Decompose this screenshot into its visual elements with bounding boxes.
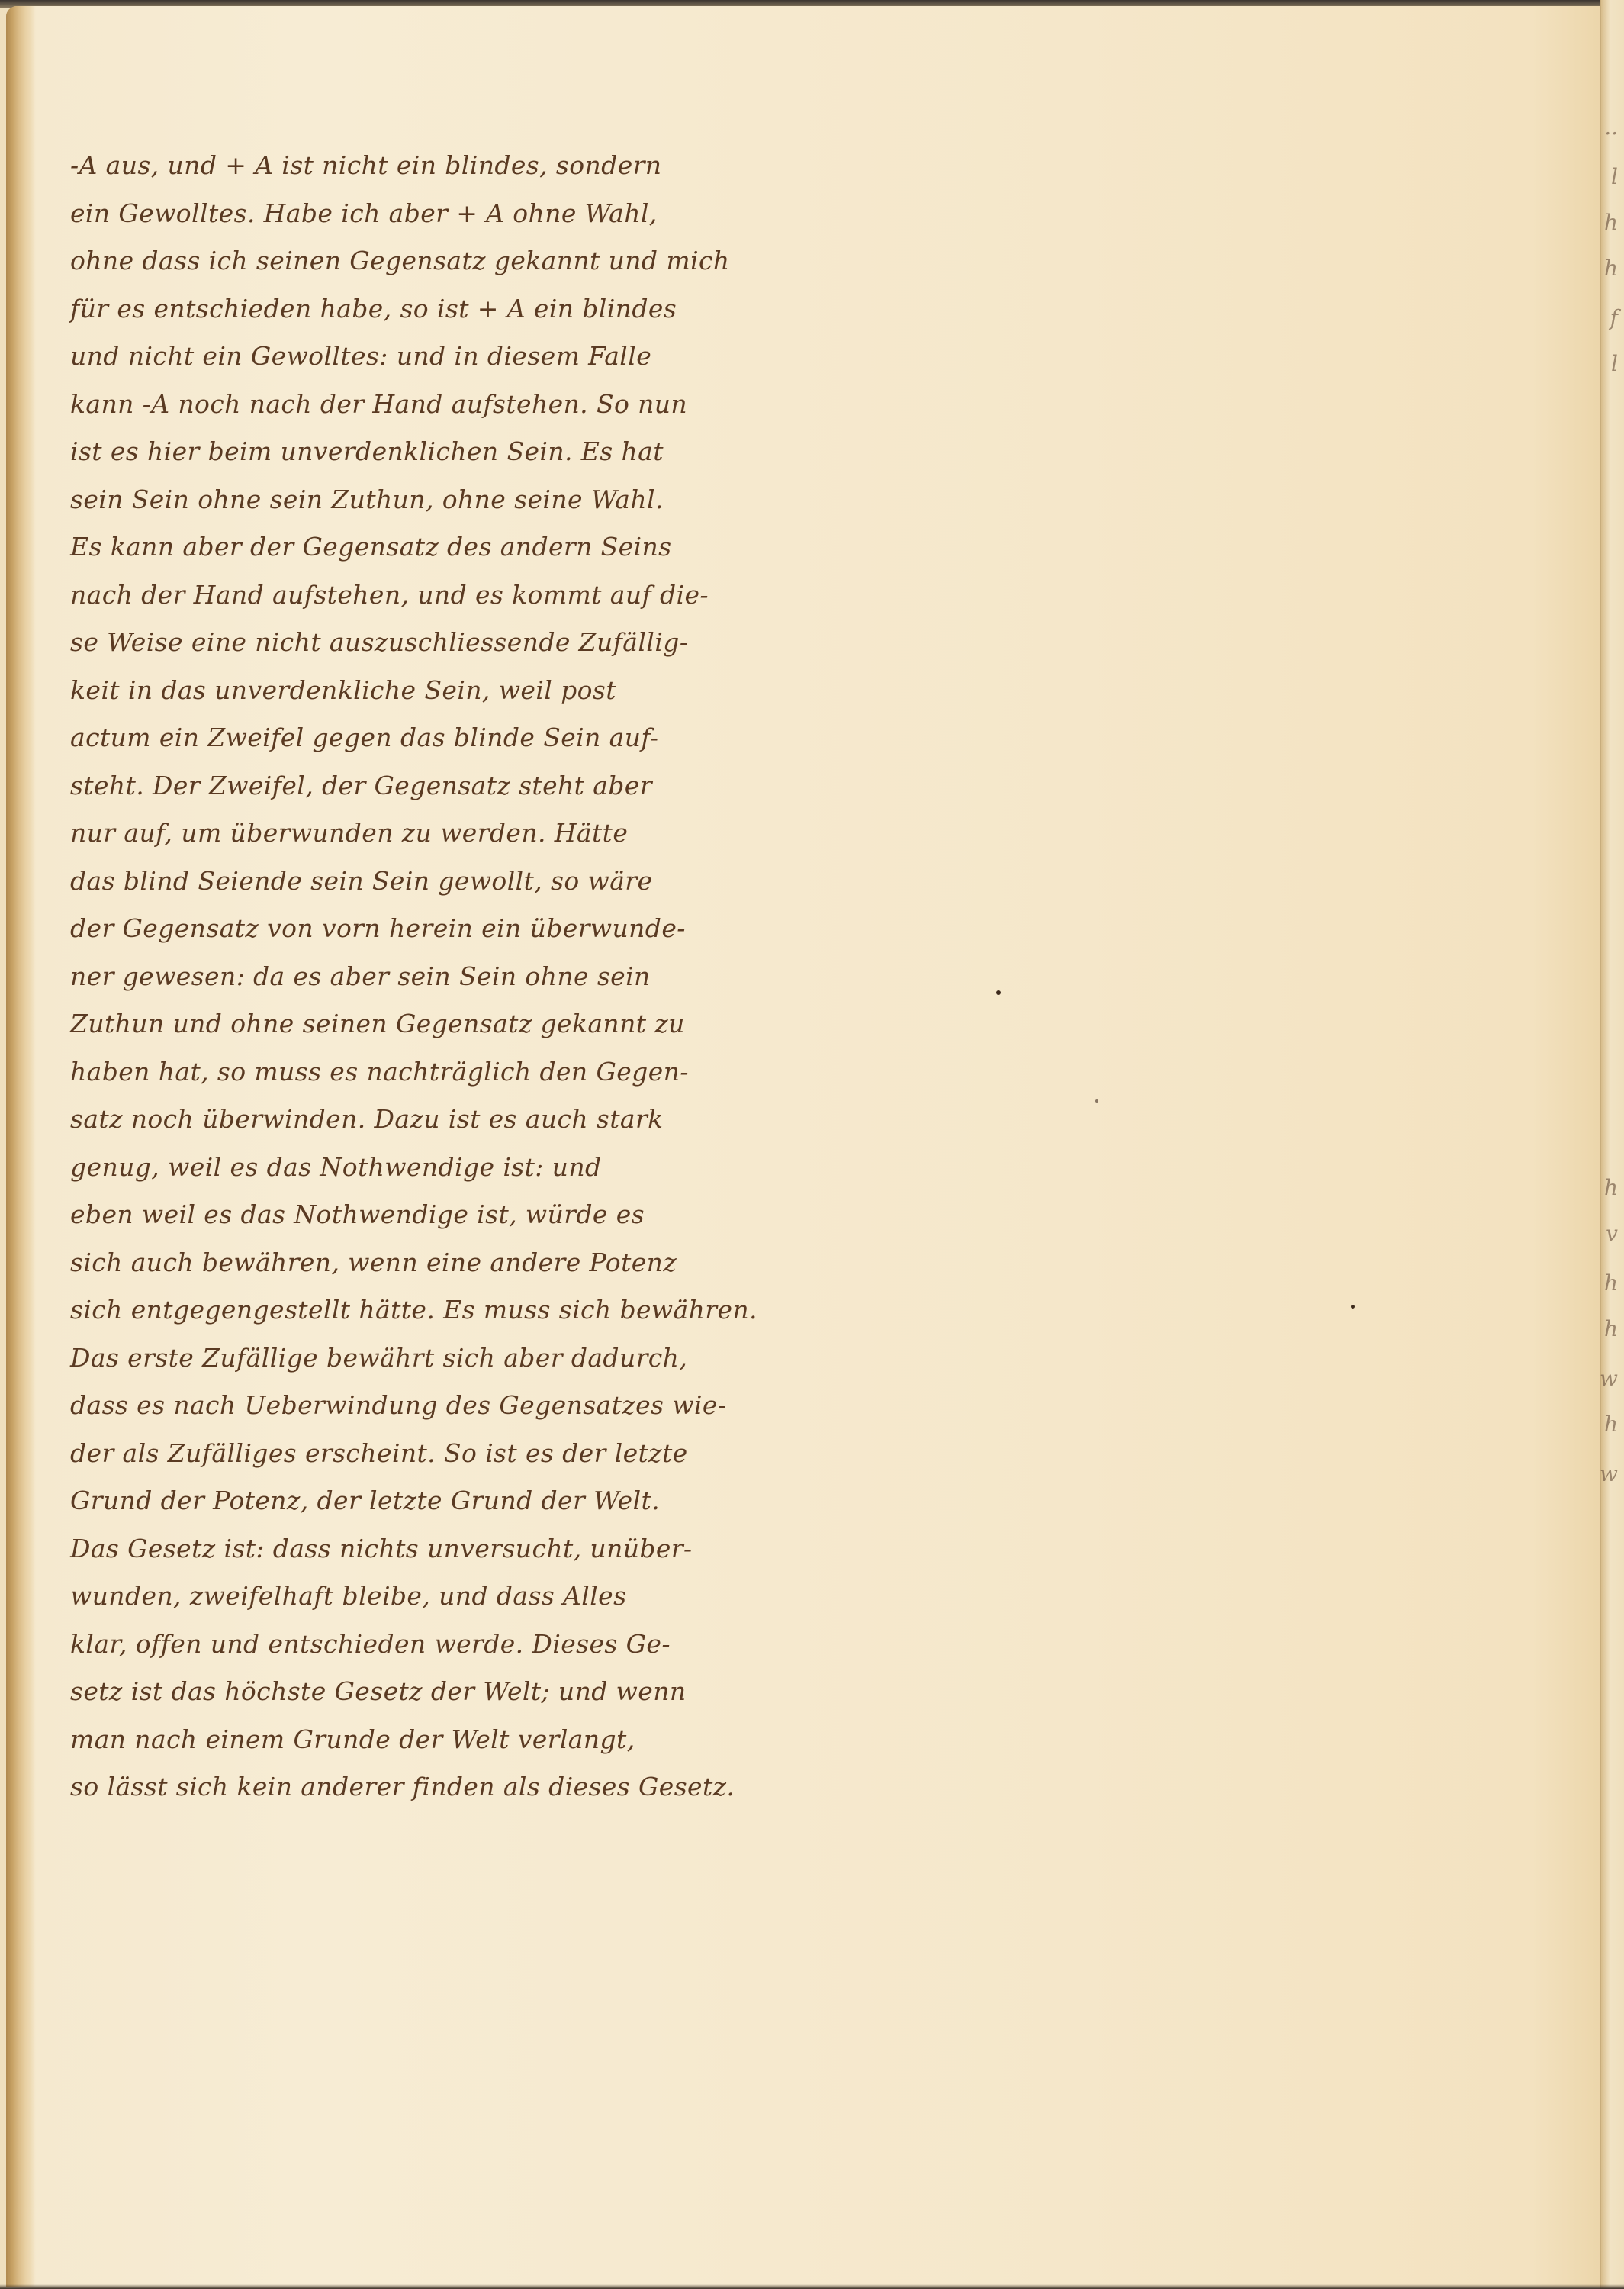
next-page-edge: .. l h h f l h v h h w h w bbox=[1600, 0, 1624, 2289]
next-page-fragment: h bbox=[1604, 256, 1618, 281]
page-edge-stain bbox=[6, 6, 35, 2287]
text-line: steht. Der Zweifel, der Gegensatz steht … bbox=[70, 762, 879, 810]
text-line: sein Sein ohne sein Zuthun, ohne seine W… bbox=[70, 476, 879, 524]
next-page-fragment: h bbox=[1604, 210, 1618, 235]
text-line: für es entschieden habe, so ist + A ein … bbox=[70, 285, 879, 333]
ink-speck bbox=[1095, 1099, 1098, 1103]
text-line: und nicht ein Gewolltes: und in diesem F… bbox=[70, 333, 879, 381]
text-line: das blind Seiende sein Sein gewollt, so … bbox=[70, 858, 879, 906]
handwritten-text-block: -A aus, und + A ist nicht ein blindes, s… bbox=[70, 142, 879, 1811]
text-line: satz noch überwinden. Dazu ist es auch s… bbox=[70, 1096, 879, 1144]
text-line: wunden, zweifelhaft bleibe, und dass All… bbox=[70, 1573, 879, 1621]
text-line: kann -A noch nach der Hand aufstehen. So… bbox=[70, 381, 879, 429]
text-line: actum ein Zweifel gegen das blinde Sein … bbox=[70, 714, 879, 762]
next-page-fragment: l bbox=[1611, 351, 1618, 376]
text-line: klar, offen und entschieden werde. Diese… bbox=[70, 1621, 879, 1669]
text-line: dass es nach Ueberwindung des Gegensatze… bbox=[70, 1382, 879, 1430]
text-line: nur auf, um überwunden zu werden. Hätte bbox=[70, 810, 879, 858]
text-line: setz ist das höchste Gesetz der Welt; un… bbox=[70, 1668, 879, 1716]
text-line: Es kann aber der Gegensatz des andern Se… bbox=[70, 523, 879, 571]
text-line: Zuthun und ohne seinen Gegensatz gekannt… bbox=[70, 1000, 879, 1048]
scan-bottom-edge bbox=[0, 2284, 1624, 2289]
next-page-fragment: h bbox=[1604, 1412, 1618, 1437]
text-line: haben hat, so muss es nachträglich den G… bbox=[70, 1048, 879, 1096]
next-page-fragment: f bbox=[1610, 305, 1618, 330]
ink-speck bbox=[996, 990, 1001, 995]
text-line: der als Zufälliges erscheint. So ist es … bbox=[70, 1430, 879, 1478]
text-line: ist es hier beim unverdenklichen Sein. E… bbox=[70, 428, 879, 476]
ink-speck bbox=[1351, 1305, 1355, 1309]
text-line: keit in das unverdenkliche Sein, weil po… bbox=[70, 667, 879, 715]
text-line: sich entgegengestellt hätte. Es muss sic… bbox=[70, 1286, 879, 1334]
next-page-fragment: v bbox=[1606, 1221, 1618, 1246]
manuscript-page: -A aus, und + A ist nicht ein blindes, s… bbox=[6, 6, 1600, 2287]
next-page-fragment: w bbox=[1600, 1366, 1618, 1391]
text-line: nach der Hand aufstehen, und es kommt au… bbox=[70, 571, 879, 620]
manuscript-scan: -A aus, und + A ist nicht ein blindes, s… bbox=[0, 0, 1624, 2289]
text-line: genug, weil es das Nothwendige ist: und bbox=[70, 1144, 879, 1192]
next-page-fragment: h bbox=[1604, 1270, 1618, 1296]
text-line: se Weise eine nicht auszuschliessende Zu… bbox=[70, 619, 879, 667]
text-line: sich auch bewähren, wenn eine andere Pot… bbox=[70, 1239, 879, 1287]
next-page-fragment: l bbox=[1611, 164, 1618, 189]
text-line: eben weil es das Nothwendige ist, würde … bbox=[70, 1191, 879, 1239]
next-page-fragment: w bbox=[1600, 1461, 1618, 1486]
text-line: so lässt sich kein anderer finden als di… bbox=[70, 1763, 879, 1811]
text-line: -A aus, und + A ist nicht ein blindes, s… bbox=[70, 142, 879, 190]
text-line: Grund der Potenz, der letzte Grund der W… bbox=[70, 1477, 879, 1525]
next-page-fragment: .. bbox=[1604, 114, 1618, 140]
text-line: der Gegensatz von vorn herein ein überwu… bbox=[70, 905, 879, 953]
text-line: Das erste Zufällige bewährt sich aber da… bbox=[70, 1334, 879, 1383]
next-page-fragment: h bbox=[1604, 1175, 1618, 1200]
next-page-fragment: h bbox=[1604, 1316, 1618, 1341]
text-line: ner gewesen: da es aber sein Sein ohne s… bbox=[70, 953, 879, 1001]
text-line: Das Gesetz ist: dass nichts unversucht, … bbox=[70, 1525, 879, 1573]
text-line: ein Gewolltes. Habe ich aber + A ohne Wa… bbox=[70, 190, 879, 238]
text-line: man nach einem Grunde der Welt verlangt, bbox=[70, 1716, 879, 1764]
text-line: ohne dass ich seinen Gegensatz gekannt u… bbox=[70, 237, 879, 285]
